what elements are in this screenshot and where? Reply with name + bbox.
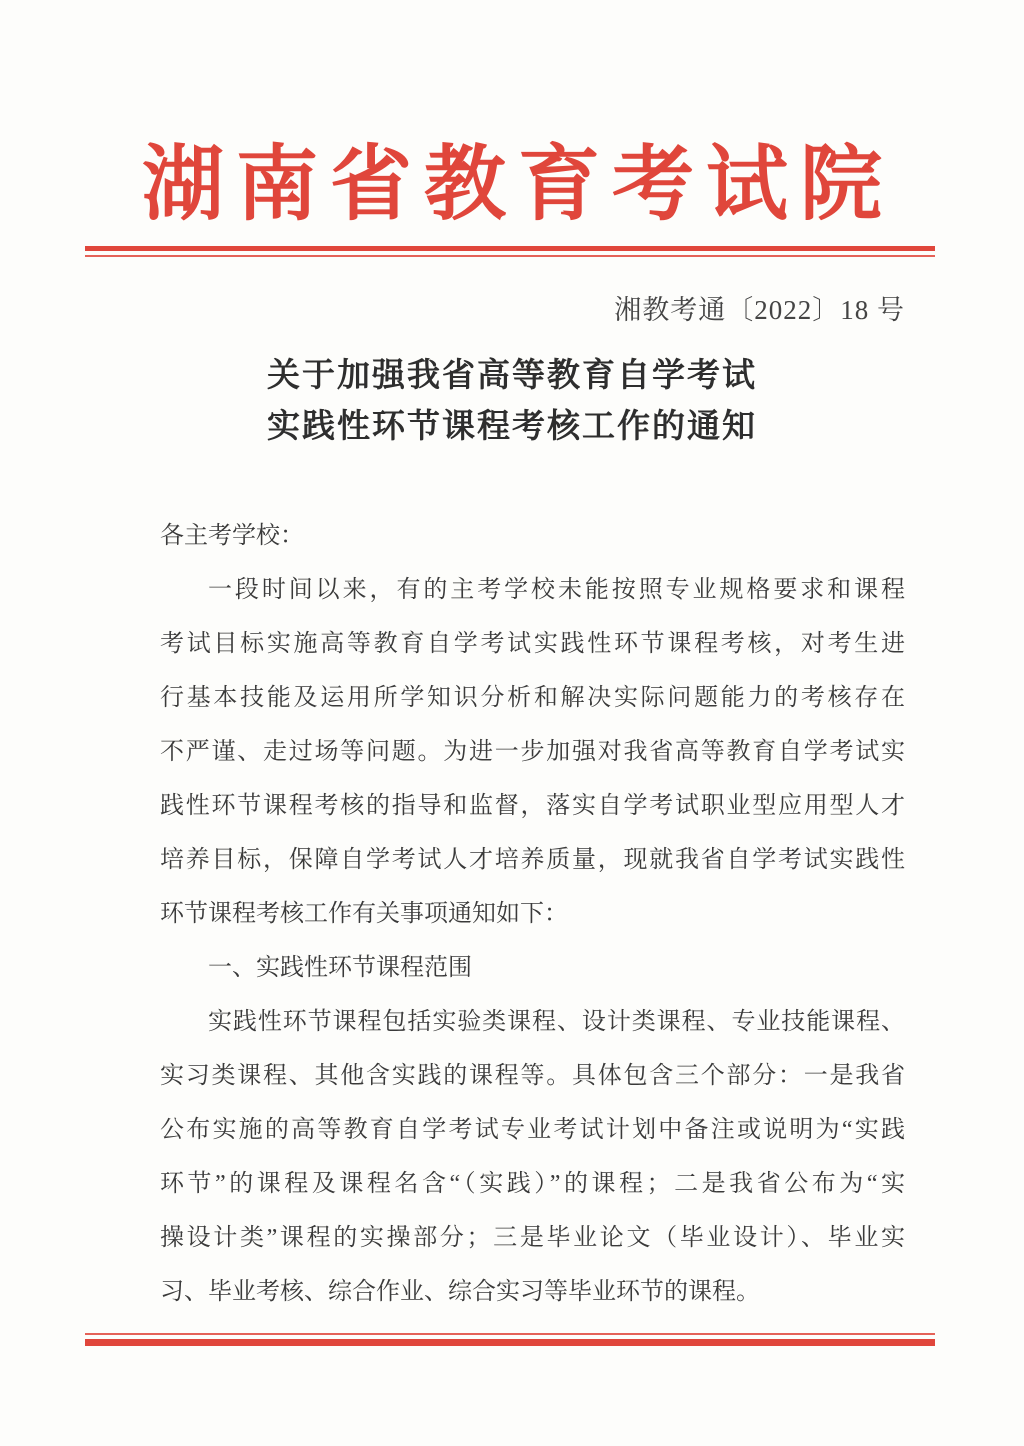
body-line: 操设计类”课程的实操部分；三是毕业论文（毕业设计）、毕业实	[160, 1211, 905, 1265]
body-line: 践性环节课程考核的指导和监督，落实自学考试职业型应用型人才	[160, 779, 905, 833]
notice-title: 关于加强我省高等教育自学考试 实践性环节课程考核工作的通知	[0, 351, 1024, 453]
header-divider-thin-line	[85, 255, 935, 257]
header-divider-thick-line	[85, 246, 935, 251]
body-line: 不严谨、走过场等问题。为进一步加强对我省高等教育自学考试实	[160, 725, 905, 779]
body-line: 一段时间以来，有的主考学校未能按照专业规格要求和课程	[160, 563, 905, 617]
footer-divider-thick-line	[85, 1339, 935, 1346]
body-line: 实习类课程、其他含实践的课程等。具体包含三个部分：一是我省	[160, 1049, 905, 1103]
document-page: 湖南省教育考试院 湘教考通〔2022〕18 号 关于加强我省高等教育自学考试 实…	[0, 0, 1024, 1446]
footer-divider	[85, 1333, 935, 1346]
notice-title-line2: 实践性环节课程考核工作的通知	[0, 402, 1024, 453]
footer-divider-thin-line	[85, 1333, 935, 1335]
body-line: 公布实施的高等教育自学考试专业考试计划中备注或说明为“实践	[160, 1103, 905, 1157]
doc-number: 湘教考通〔2022〕18 号	[0, 293, 905, 327]
letterhead-org-name: 湖南省教育考试院	[0, 134, 1024, 236]
salutation: 各主考学校：	[160, 509, 905, 563]
body-line: 考试目标实施高等教育自学考试实践性环节课程考核，对考生进	[160, 617, 905, 671]
notice-title-line1: 关于加强我省高等教育自学考试	[0, 351, 1024, 402]
body-line: 环节”的课程及课程名含“（实践）”的课程；二是我省公布为“实	[160, 1157, 905, 1211]
body-line: 行基本技能及运用所学知识分析和解决实际问题能力的考核存在	[160, 671, 905, 725]
body-line: 培养目标，保障自学考试人才培养质量，现就我省自学考试实践性	[160, 833, 905, 887]
body-line: 实践性环节课程包括实验类课程、设计类课程、专业技能课程、	[160, 995, 905, 1049]
body-line: 习、毕业考核、综合作业、综合实习等毕业环节的课程。	[160, 1265, 905, 1319]
body-line: 环节课程考核工作有关事项通知如下：	[160, 887, 905, 941]
document-body: 各主考学校： 一段时间以来，有的主考学校未能按照专业规格要求和课程 考试目标实施…	[160, 509, 905, 1319]
section-heading: 一、实践性环节课程范围	[160, 941, 905, 995]
header-divider	[85, 246, 935, 257]
